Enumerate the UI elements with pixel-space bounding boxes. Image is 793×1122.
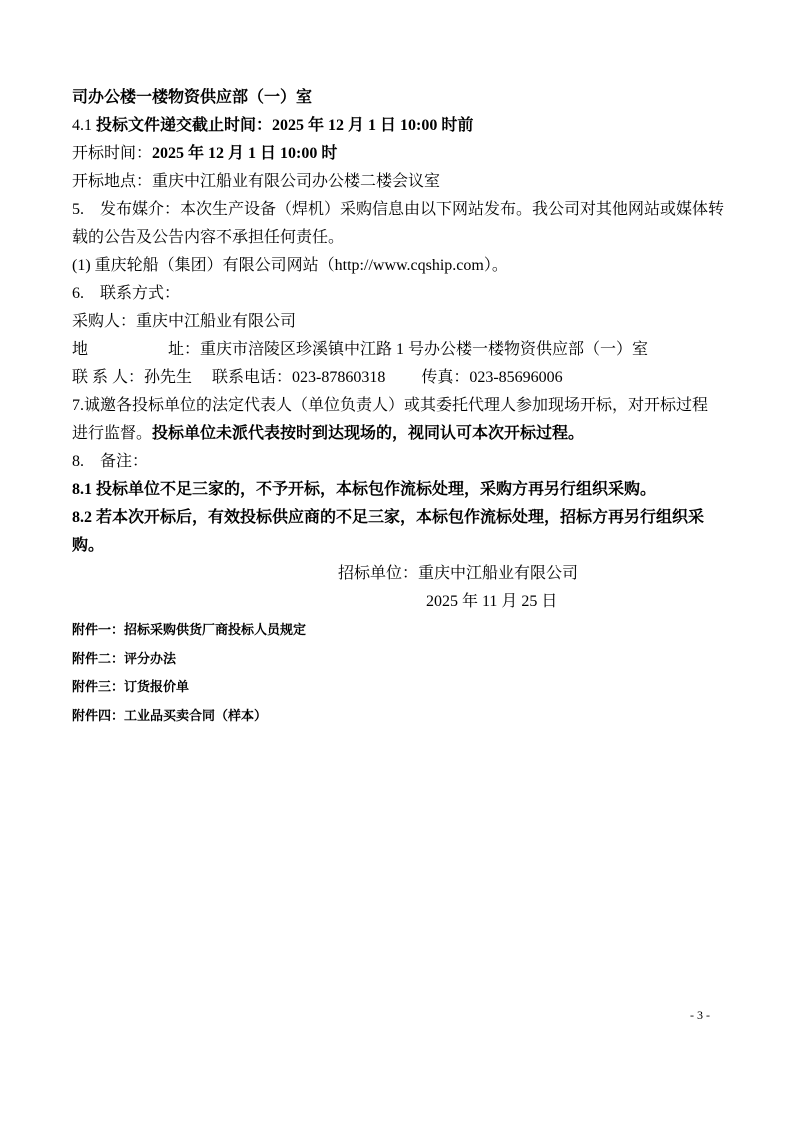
doc-line-bid-deadline: 4.1 投标文件递交截止时间：2025 年 12 月 1 日 10:00 时前 — [72, 112, 732, 140]
doc-line-remarks-heading: 8. 备注： — [72, 448, 732, 476]
doc-line-date: 2025 年 11 月 25 日 — [72, 588, 732, 616]
attachment-3: 附件三：订货报价单 — [72, 673, 732, 702]
attachment-1: 附件一：招标采购供货厂商投标人员规定 — [72, 616, 732, 645]
doc-line-invitation-2: 进行监督。投标单位未派代表按时到达现场的，视同认可本次开标过程。 — [72, 420, 732, 448]
page-number: - 3 - — [690, 1007, 710, 1023]
doc-line-address: 地 址：重庆市涪陵区珍溪镇中江路 1 号办公楼一楼物资供应部（一）室 — [72, 336, 732, 364]
doc-line-tendering-unit: 招标单位：重庆中江船业有限公司 — [72, 560, 732, 588]
attachment-list: 附件一：招标采购供货厂商投标人员规定 附件二：评分办法 附件三：订货报价单 附件… — [72, 616, 732, 730]
doc-line-office-room: 司办公楼一楼物资供应部（一）室 — [72, 84, 732, 112]
doc-line-opening-place: 开标地点：重庆中江船业有限公司办公楼二楼会议室 — [72, 168, 732, 196]
doc-line-contact-heading: 6. 联系方式： — [72, 280, 732, 308]
doc-line-opening-time: 开标时间：2025 年 12 月 1 日 10:00 时 — [72, 140, 732, 168]
document-body: 司办公楼一楼物资供应部（一）室 4.1 投标文件递交截止时间：2025 年 12… — [72, 84, 732, 730]
doc-line-invitation-1: 7.诚邀各投标单位的法定代表人（单位负责人）或其委托代理人参加现场开标，对开标过… — [72, 392, 732, 420]
attachment-2: 附件二：评分办法 — [72, 645, 732, 674]
doc-line-media-1: 5. 发布媒介：本次生产设备（焊机）采购信息由以下网站发布。我公司对其他网站或媒… — [72, 196, 732, 224]
doc-line-remark-8-2b: 购。 — [72, 532, 732, 560]
doc-line-media-2: 载的公告及公告内容不承担任何责任。 — [72, 224, 732, 252]
doc-line-remark-8-1: 8.1 投标单位不足三家的，不予开标，本标包作流标处理，采购方再另行组织采购。 — [72, 476, 732, 504]
doc-line-purchaser: 采购人：重庆中江船业有限公司 — [72, 308, 732, 336]
document-page: 司办公楼一楼物资供应部（一）室 4.1 投标文件递交截止时间：2025 年 12… — [0, 0, 793, 1122]
doc-line-website: (1) 重庆轮船（集团）有限公司网站（http://www.cqship.com… — [72, 252, 732, 280]
doc-line-contact-person: 联 系 人：孙先生 联系电话：023-87860318 传真：023-85696… — [72, 364, 732, 392]
doc-line-remark-8-2a: 8.2 若本次开标后，有效投标供应商的不足三家，本标包作流标处理，招标方再另行组… — [72, 504, 732, 532]
attachment-4: 附件四：工业品买卖合同（样本） — [72, 702, 732, 731]
